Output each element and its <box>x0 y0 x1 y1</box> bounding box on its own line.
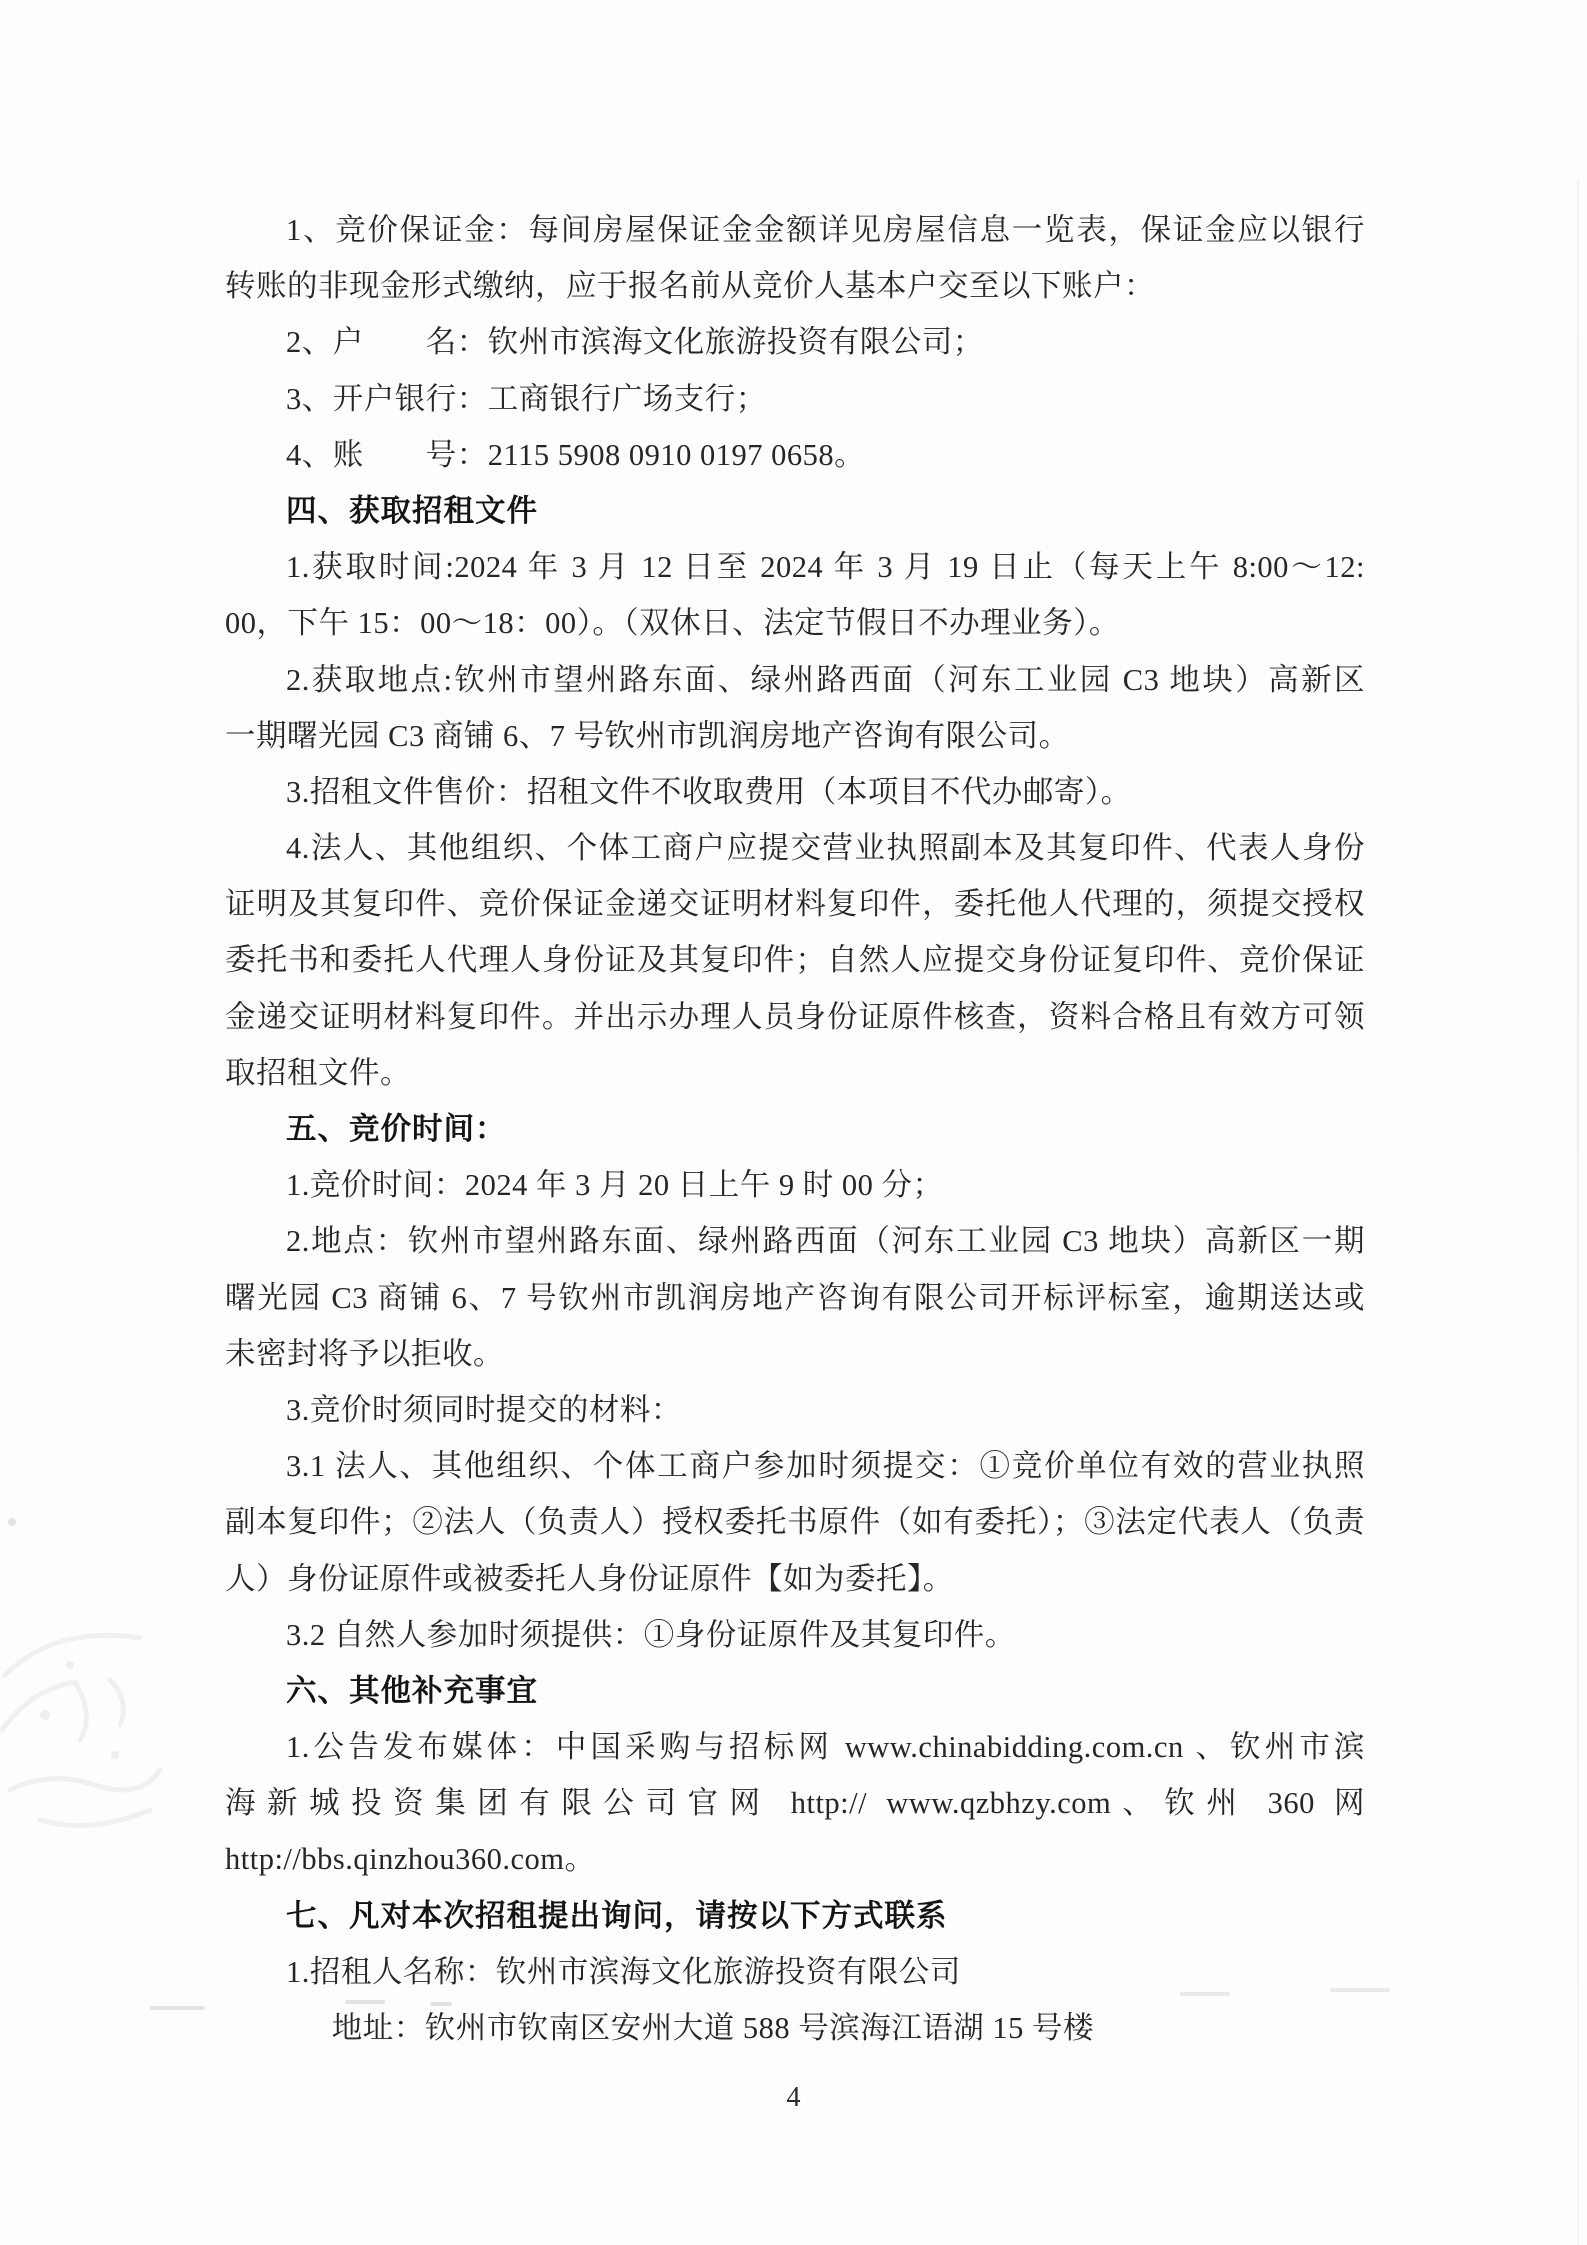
scan-page-edge-artifact <box>1577 180 1579 2245</box>
scan-dot-artifact <box>8 1518 16 1526</box>
text-line: 3、开户银行：工商银行广场支行； <box>225 371 1365 427</box>
text-line: 一期曙光园 C3 商铺 6、7 号钦州市凯润房地产咨询有限公司。 <box>225 708 1365 764</box>
scan-smudge-artifact <box>0 1620 200 1840</box>
text-line: 1、竞价保证金：每间房屋保证金金额详见房屋信息一览表，保证金应以银行 <box>225 202 1365 258</box>
text-line: 4、账 号：2115 5908 0910 0197 0658。 <box>225 427 1365 483</box>
text-line: 2、户 名：钦州市滨海文化旅游投资有限公司； <box>225 314 1365 370</box>
text-line: 3.1 法人、其他组织、个体工商户参加时须提交：①竞价单位有效的营业执照 <box>225 1438 1365 1494</box>
text-line: 副本复印件；②法人（负责人）授权委托书原件（如有委托）；③法定代表人（负责 <box>225 1494 1365 1550</box>
scan-dash-artifact <box>150 2006 205 2010</box>
text-line: 1.竞价时间：2024 年 3 月 20 日上午 9 时 00 分； <box>225 1157 1365 1213</box>
scan-dash-artifact <box>1330 1988 1390 1992</box>
text-line: 转账的非现金形式缴纳，应于报名前从竞价人基本户交至以下账户： <box>225 258 1365 314</box>
text-line: 4.法人、其他组织、个体工商户应提交营业执照副本及其复印件、代表人身份 <box>225 820 1365 876</box>
section-heading: 四、获取招租文件 <box>225 483 1365 539</box>
text-line: 曙光园 C3 商铺 6、7 号钦州市凯润房地产咨询有限公司开标评标室，逾期送达或 <box>225 1270 1365 1326</box>
page-number: 4 <box>0 2082 1587 2114</box>
text-line: 2.地点：钦州市望州路东面、绿州路西面（河东工业园 C3 地块）高新区一期 <box>225 1213 1365 1269</box>
text-line: 1.获取时间:2024 年 3 月 12 日至 2024 年 3 月 19 日止… <box>225 539 1365 595</box>
text-line: 金递交证明材料复印件。并出示办理人员身份证原件核查，资料合格且有效方可领 <box>225 989 1365 1045</box>
text-line: 3.招租文件售价：招租文件不收取费用（本项目不代办邮寄）。 <box>225 764 1365 820</box>
text-line: http://bbs.qinzhou360.com。 <box>225 1831 1365 1887</box>
text-line: 3.竞价时须同时提交的材料： <box>225 1382 1365 1438</box>
text-line: 海新城投资集团有限公司官网 http:// www.qzbhzy.com、钦州 … <box>225 1775 1365 1831</box>
text-line: 未密封将予以拒收。 <box>225 1326 1365 1382</box>
section-heading: 七、凡对本次招租提出询问，请按以下方式联系 <box>225 1888 1365 1944</box>
text-line: 00，下午 15：00～18：00）。（双休日、法定节假日不办理业务）。 <box>225 595 1365 651</box>
text-line: 1.公告发布媒体：中国采购与招标网 www.chinabidding.com.c… <box>225 1719 1365 1775</box>
text-line: 地址：钦州市钦南区安州大道 588 号滨海江语湖 15 号楼 <box>225 2000 1365 2056</box>
text-line: 2.获取地点:钦州市望州路东面、绿州路西面（河东工业园 C3 地块）高新区 <box>225 652 1365 708</box>
text-line: 取招租文件。 <box>225 1045 1365 1101</box>
scan-dash-artifact <box>1180 1992 1230 1996</box>
scan-dash-artifact <box>430 2002 452 2006</box>
document-body: 1、竞价保证金：每间房屋保证金金额详见房屋信息一览表，保证金应以银行转账的非现金… <box>225 202 1365 2056</box>
scan-dash-artifact <box>345 2000 385 2004</box>
scanned-document-page: 1、竞价保证金：每间房屋保证金金额详见房屋信息一览表，保证金应以银行转账的非现金… <box>0 0 1587 2245</box>
text-line: 证明及其复印件、竞价保证金递交证明材料复印件，委托他人代理的，须提交授权 <box>225 876 1365 932</box>
text-line: 人）身份证原件或被委托人身份证原件【如为委托】。 <box>225 1551 1365 1607</box>
section-heading: 五、竞价时间： <box>225 1101 1365 1157</box>
text-line: 委托书和委托人代理人身份证及其复印件；自然人应提交身份证复印件、竞价保证 <box>225 932 1365 988</box>
text-line: 3.2 自然人参加时须提供：①身份证原件及其复印件。 <box>225 1607 1365 1663</box>
section-heading: 六、其他补充事宜 <box>225 1663 1365 1719</box>
